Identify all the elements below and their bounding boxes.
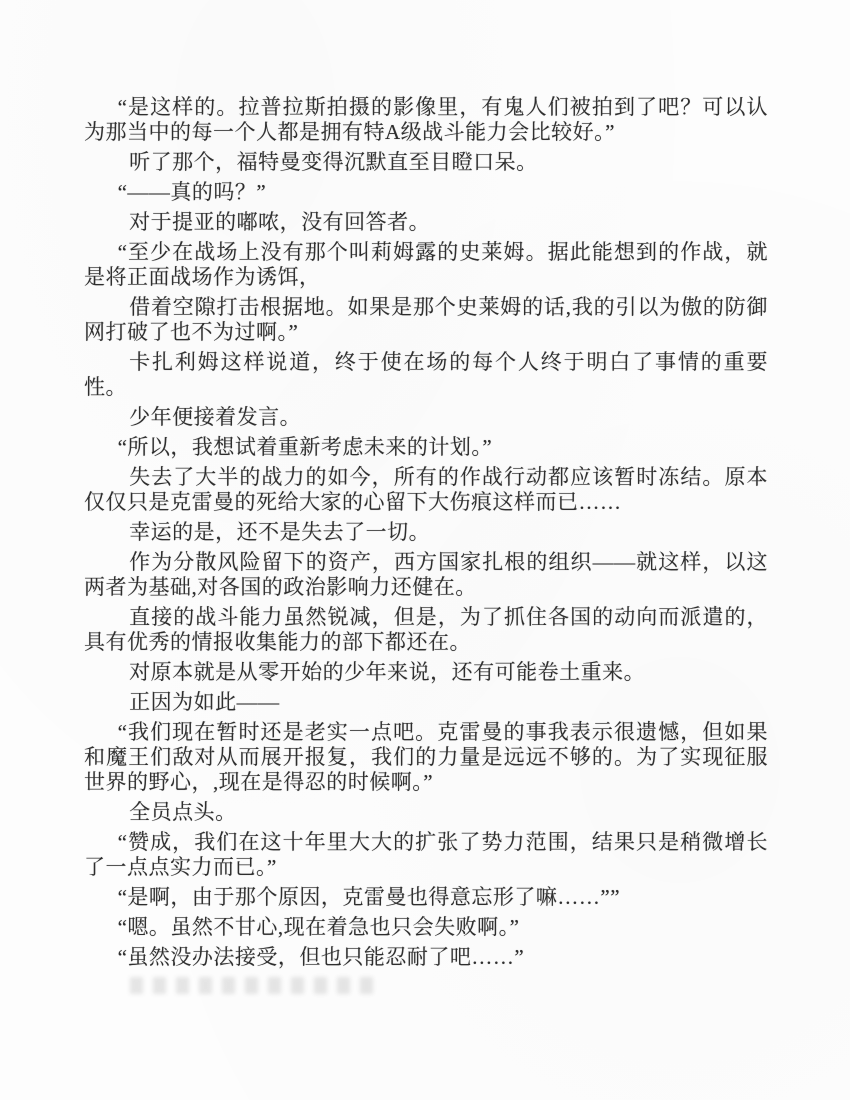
scan-bleed-artifact [130, 977, 380, 994]
novel-text-page: “是这样的。拉普拉斯拍摄的影像里，有鬼人们被拍到了吧？可以认为那当中的每一个人都… [84, 95, 768, 975]
paragraph: 全员点头。 [84, 800, 768, 825]
paragraph: “嗯。虽然不甘心,现在着急也只会失败啊。” [84, 915, 768, 940]
paragraph: 作为分散风险留下的资产，西方国家扎根的组织——就这样，以这两者为基础,对各国的政… [84, 550, 768, 600]
paragraph: 对原本就是从零开始的少年来说，还有可能卷土重来。 [84, 660, 768, 685]
paragraph: “是这样的。拉普拉斯拍摄的影像里，有鬼人们被拍到了吧？可以认为那当中的每一个人都… [84, 95, 768, 145]
paragraph: “赞成，我们在这十年里大大的扩张了势力范围，结果只是稍微增长了一点点实力而已。” [84, 830, 768, 880]
paragraph: 正因为如此—— [84, 690, 768, 715]
paragraph: 卡扎利姆这样说道，终于使在场的每个人终于明白了事情的重要性。 [84, 350, 768, 400]
paragraph: “我们现在暂时还是老实一点吧。克雷曼的事我表示很遗憾，但如果和魔王们敌对从而展开… [84, 720, 768, 795]
paragraph: 少年便接着发言。 [84, 405, 768, 430]
paragraph: “虽然没办法接受，但也只能忍耐了吧……” [84, 945, 768, 970]
paragraph: “是啊，由于那个原因，克雷曼也得意忘形了嘛……”” [84, 885, 768, 910]
paragraph: “所以，我想试着重新考虑未来的计划。” [84, 435, 768, 460]
paragraph: “——真的吗？” [84, 180, 768, 205]
paragraph: 失去了大半的战力的如今，所有的作战行动都应该暂时冻结。原本仅仅只是克雷曼的死给大… [84, 465, 768, 515]
paragraph: 听了那个，福特曼变得沉默直至目瞪口呆。 [84, 150, 768, 175]
paragraph: “至少在战场上没有那个叫莉姆露的史莱姆。据此能想到的作战，就是将正面战场作为诱饵… [84, 240, 768, 290]
paragraph: 借着空隙打击根据地。如果是那个史莱姆的话,我的引以为傲的防御网打破了也不为过啊。… [84, 295, 768, 345]
paragraph: 幸运的是，还不是失去了一切。 [84, 520, 768, 545]
page: “是这样的。拉普拉斯拍摄的影像里，有鬼人们被拍到了吧？可以认为那当中的每一个人都… [0, 0, 850, 1100]
paragraph: 直接的战斗能力虽然锐减，但是，为了抓住各国的动向而派遣的，具有优秀的情报收集能力… [84, 605, 768, 655]
paragraph: 对于提亚的嘟哝，没有回答者。 [84, 210, 768, 235]
